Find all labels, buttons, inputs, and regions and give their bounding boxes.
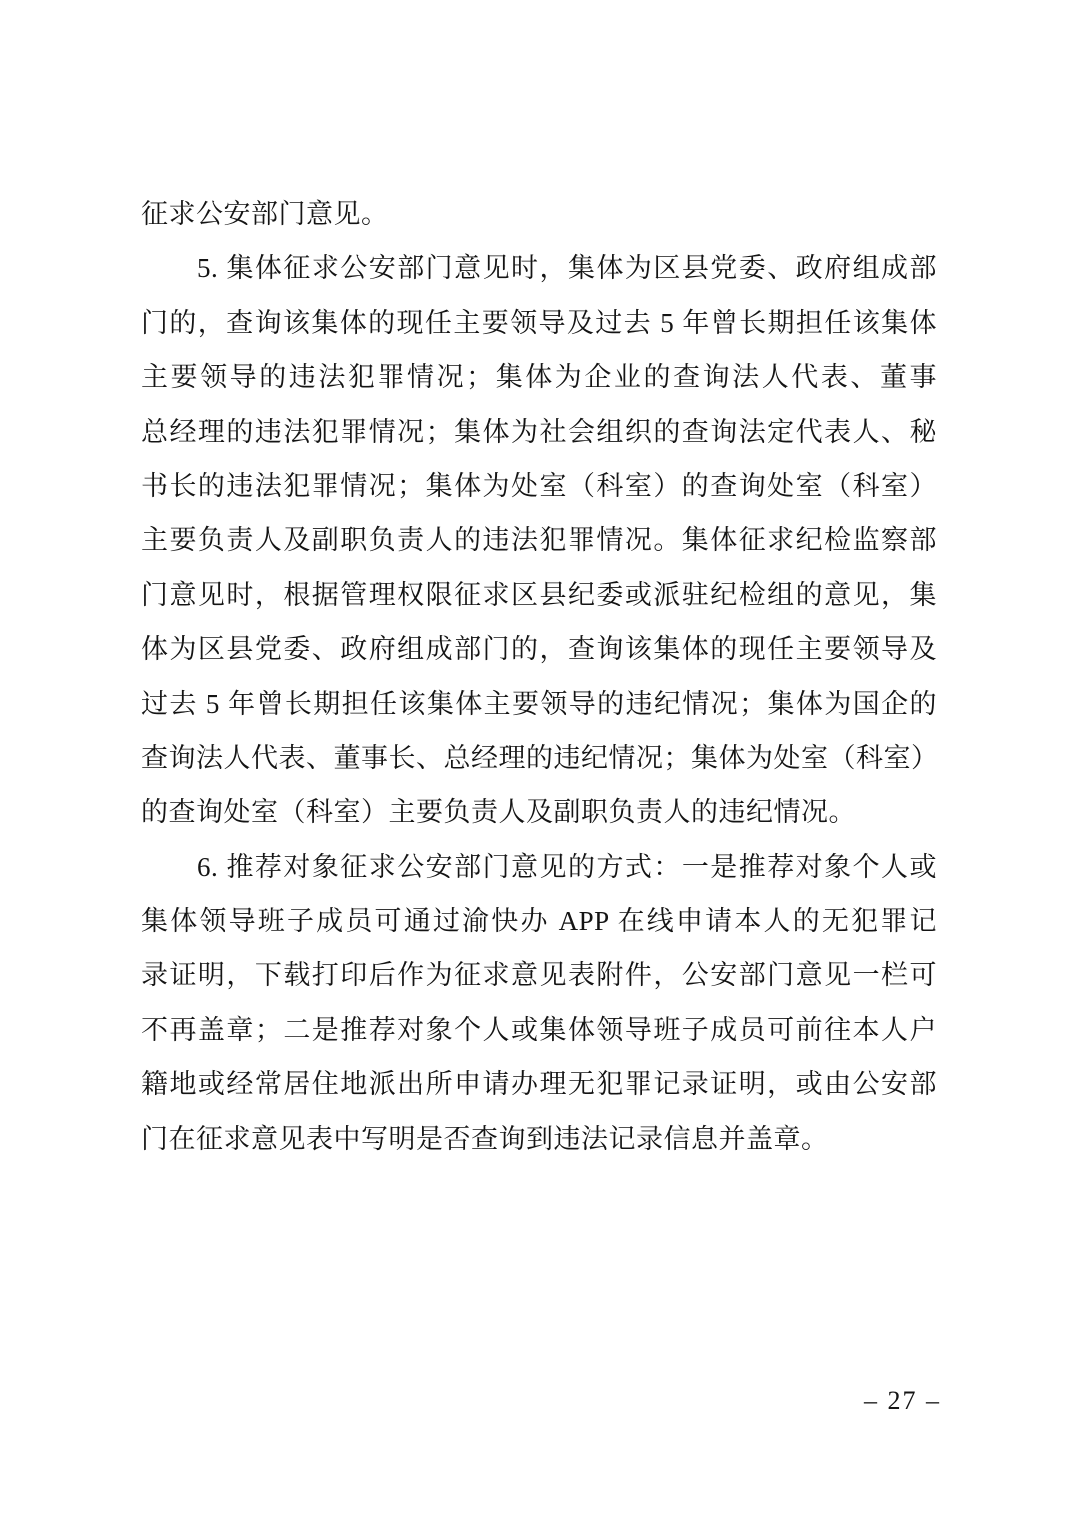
paragraph-5-line-4: 总经理的违法犯罪情况；集体为社会组织的查询法定代表人、秘 — [141, 405, 937, 459]
paragraph-6-last-line: 门在征求意见表中写明是否查询到违法记录信息并盖章。 — [141, 1112, 937, 1166]
paragraph-5-line-8: 体为区县党委、政府组成部门的，查询该集体的现任主要领导及 — [141, 622, 937, 676]
paragraph-5-line-2: 门的，查询该集体的现任主要领导及过去 5 年曾长期担任该集体 — [141, 296, 937, 350]
paragraph-5-line-10: 查询法人代表、董事长、总经理的违纪情况；集体为处室（科室） — [141, 731, 937, 785]
paragraph-6-line-3: 录证明，下载打印后作为征求意见表附件，公安部门意见一栏可 — [141, 948, 937, 1002]
paragraph-5-line-6: 主要负责人及副职负责人的违法犯罪情况。集体征求纪检监察部 — [141, 513, 937, 567]
paragraph-6-line-2: 集体领导班子成员可通过渝快办 APP 在线申请本人的无犯罪记 — [141, 894, 937, 948]
paragraph-5-last-line: 的查询处室（科室）主要负责人及副职负责人的违纪情况。 — [141, 785, 937, 839]
body-text: 征求公安部门意见。 5. 集体征求公安部门意见时，集体为区县党委、政府组成部 门… — [141, 187, 937, 1166]
paragraph-6-line-1: 6. 推荐对象征求公安部门意见的方式：一是推荐对象个人或 — [141, 840, 937, 894]
paragraph-5-line-5: 书长的违法犯罪情况；集体为处室（科室）的查询处室（科室） — [141, 459, 937, 513]
paragraph-5-line-9: 过去 5 年曾长期担任该集体主要领导的违纪情况；集体为国企的 — [141, 677, 937, 731]
paragraph-5-line-1: 5. 集体征求公安部门意见时，集体为区县党委、政府组成部 — [141, 241, 937, 295]
page-number: – 27 – — [864, 1386, 941, 1416]
paragraph-5-line-7: 门意见时，根据管理权限征求区县纪委或派驻纪检组的意见，集 — [141, 568, 937, 622]
document-page: 征求公安部门意见。 5. 集体征求公安部门意见时，集体为区县党委、政府组成部 门… — [0, 0, 1074, 1520]
paragraph-5-line-3: 主要领导的违法犯罪情况；集体为企业的查询法人代表、董事长、 — [141, 350, 937, 404]
paragraph-6-line-5: 籍地或经常居住地派出所申请办理无犯罪记录证明，或由公安部 — [141, 1057, 937, 1111]
paragraph-6-line-4: 不再盖章；二是推荐对象个人或集体领导班子成员可前往本人户 — [141, 1003, 937, 1057]
paragraph-4-last-line: 征求公安部门意见。 — [141, 187, 937, 241]
